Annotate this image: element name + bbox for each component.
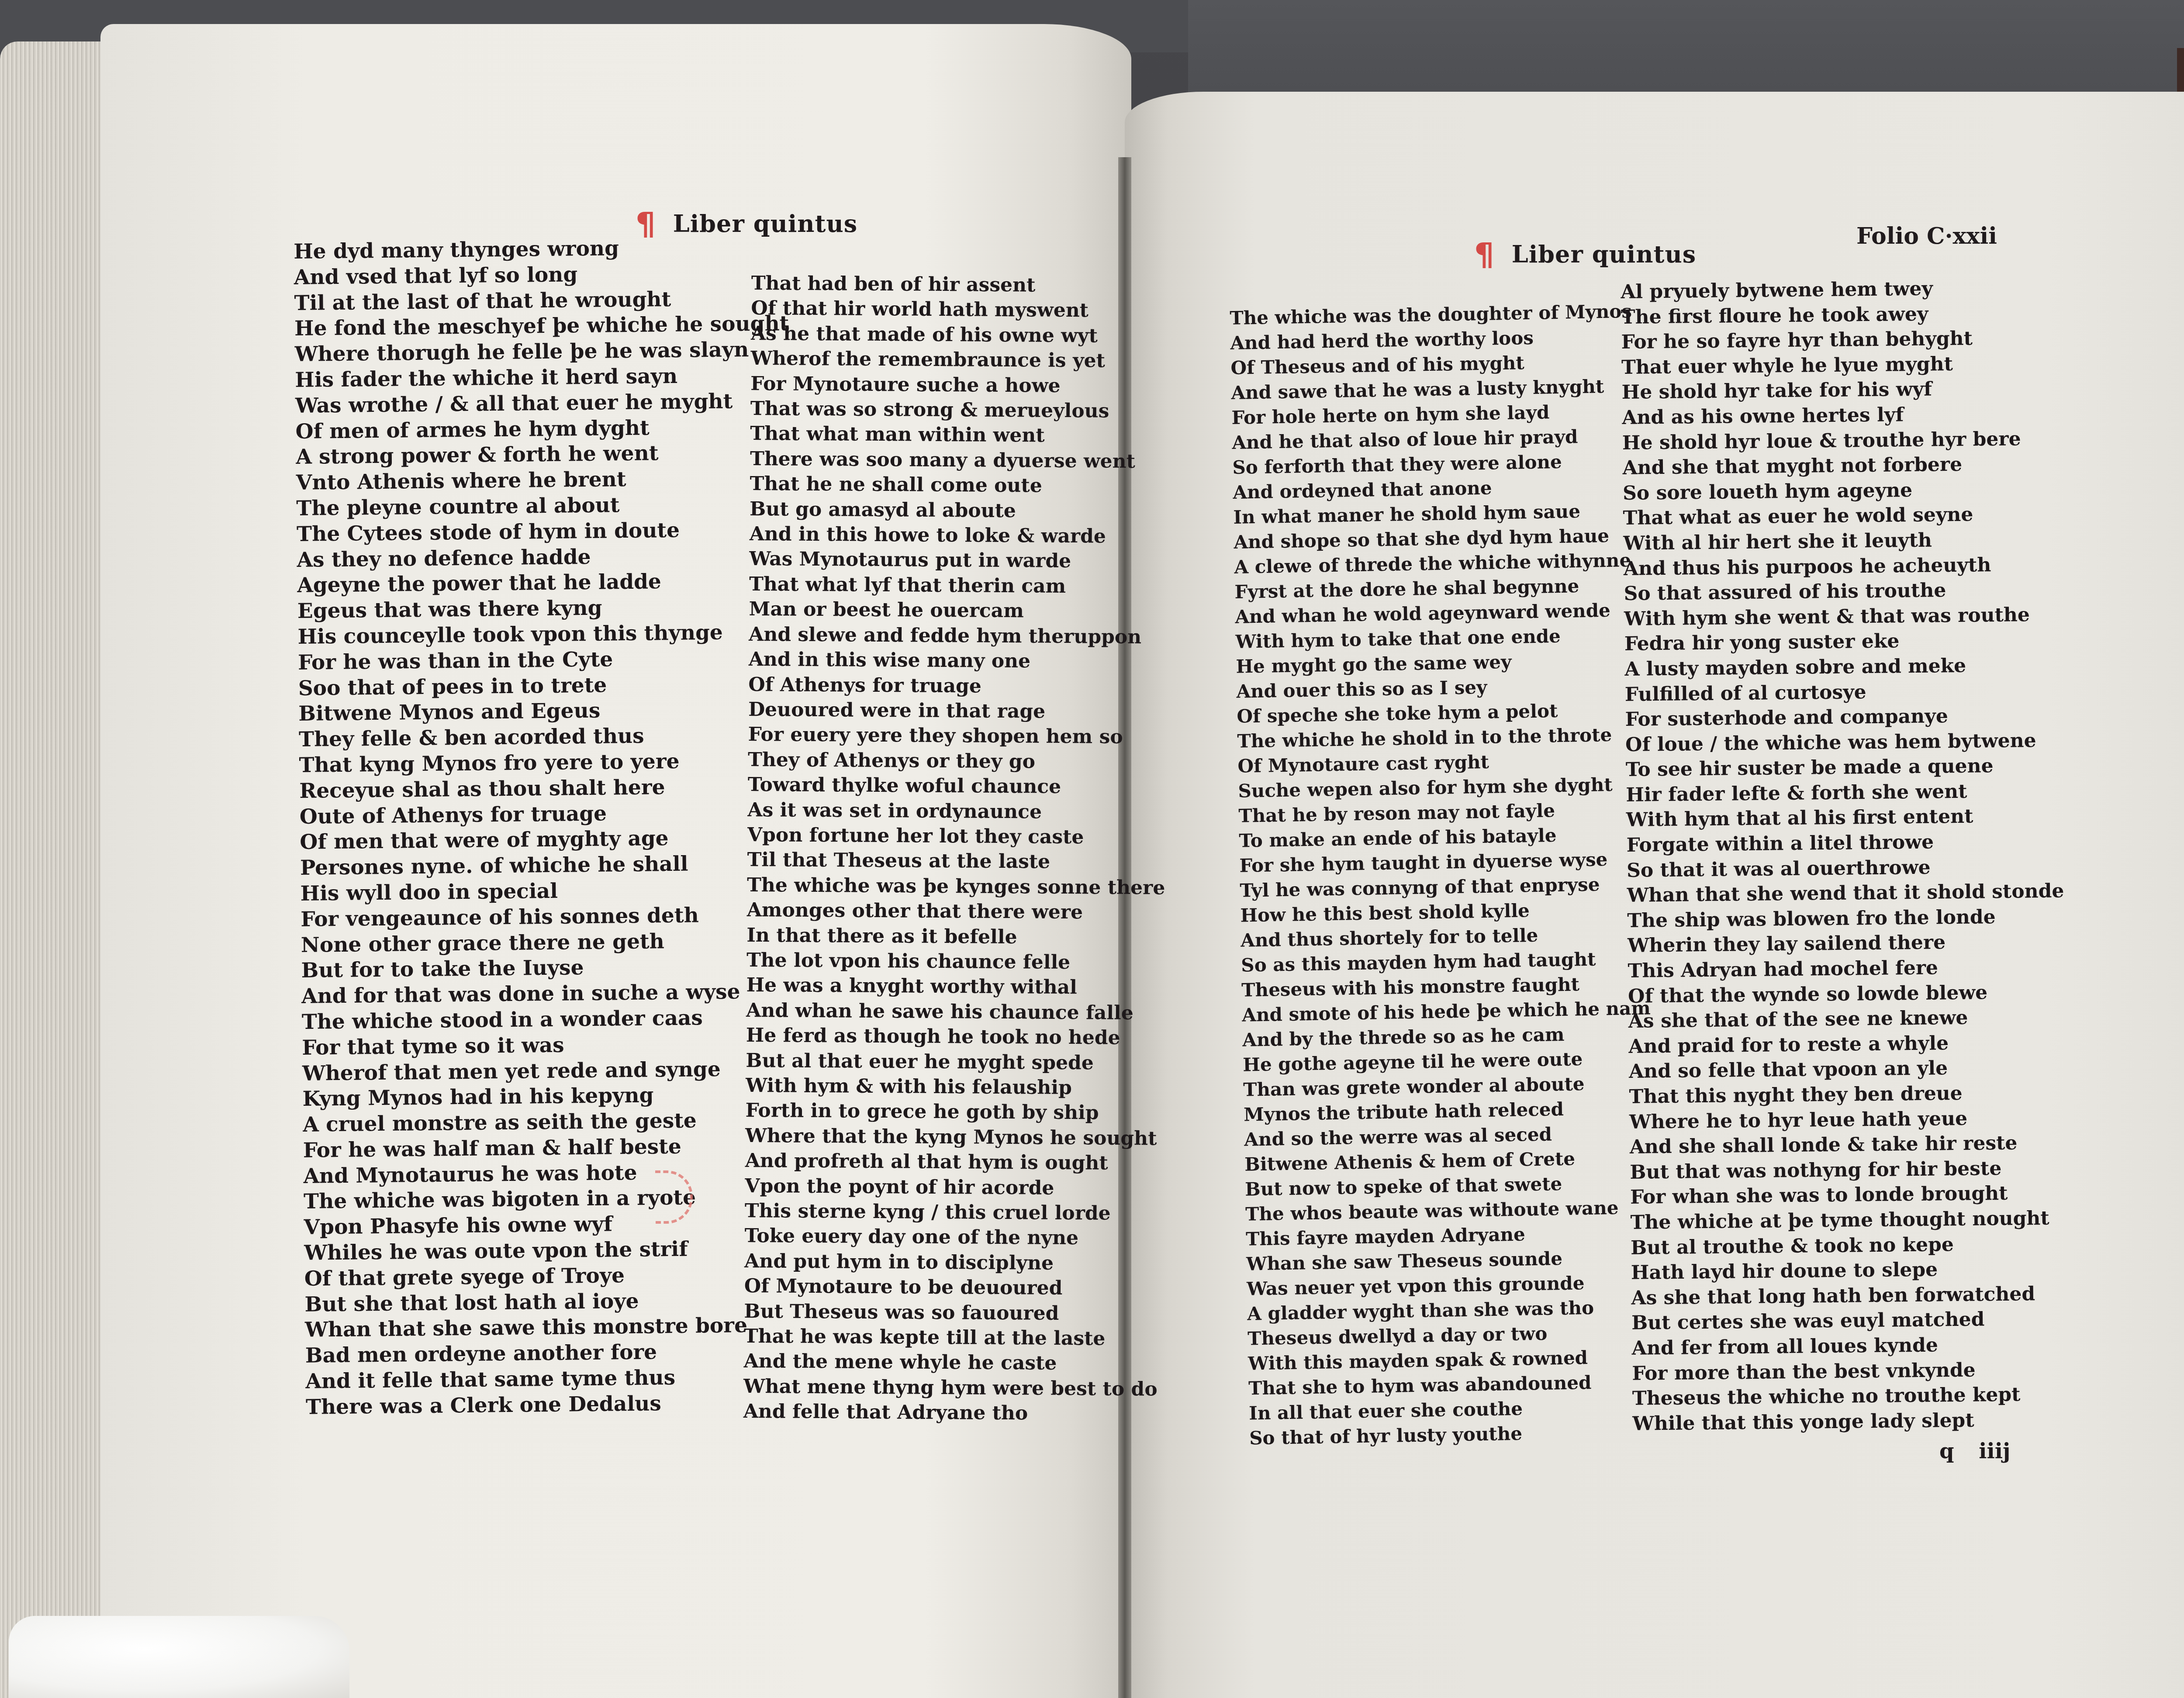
verse-line: And fer from all loues kynde [1631,1331,2069,1361]
verse-line: Deuoured were in that rage [748,697,1166,725]
verse-line: Whan that she wend that it shold stonde [1627,879,2064,908]
verse-line: For more than the best vnkynde [1632,1356,2069,1386]
verse-line: With hym she went & that was routhe [1624,602,2061,632]
verse-line: His counceylle took vpon this thynge [297,619,792,650]
verse-line: The lot vpon his chaunce felle [746,948,1165,976]
verse-line: The whiche at þe tyme thought nought [1630,1205,2067,1235]
verse-line: In that there as it befelle [746,923,1165,951]
running-head-title: Liber quintus [1512,240,1696,268]
verse-line: As she that of the see ne knewe [1628,1004,2065,1034]
verse-line: Fedra hir yong suster eke [1624,627,2061,657]
verse-line: Theseus the whiche no trouthe kept [1632,1382,2070,1412]
verse-line: And thus his purpoos he acheuyth [1624,552,2061,581]
verse-line: This sterne kyng / this cruel lorde [745,1198,1163,1226]
verse-line: Where thorugh he felle þe he was slayn [294,337,789,368]
verse-line: That he ne shall come oute [750,471,1168,499]
verse-line: What mene thyng hym were best to do [743,1374,1161,1402]
verse-line: Of that hir world hath myswent [751,296,1169,324]
verse-line: And as his owne hertes lyf [1622,400,2059,430]
verse-line: Vpon the poynt of hir acorde [745,1173,1163,1201]
verse-line: But certes she was euyl matched [1631,1306,2069,1336]
verse-line: Man or beest he ouercam [749,597,1167,625]
verse-line: That what lyf that therin cam [749,572,1167,600]
right-running-head: ¶ Liber quintus [1474,236,1696,273]
verse-line: Wherof the remembraunce is yet [750,346,1168,374]
verse-line: Forth in to grece he goth by ship [745,1098,1163,1126]
right-page-column-1: The whiche was the doughter of Mynos And… [1230,299,1658,1451]
verse-line: Where that the kyng Mynos he sought [745,1123,1163,1151]
signature-mark: q iiij [1939,1439,2010,1463]
verse-line: With al hir hert she it leuyth [1623,526,2060,556]
verse-line: And she shall londe & take hir reste [1630,1130,2067,1160]
verse-line: Hir fader lefte & forth she went [1626,778,2063,808]
pilcrow-icon: ¶ [1474,236,1494,273]
verse-line: For euery yere they shopen hem so [748,722,1166,750]
verse-line: They of Athenys or they go [748,747,1166,775]
verse-line: And felle that Adryane tho [743,1399,1161,1427]
left-page-column-1: He dyd many thynges wrong And vsed that … [294,234,801,1420]
verse-line: But that was nothyng for hir beste [1630,1155,2067,1185]
left-page-column-2: That had ben of hir assent Of that hir w… [743,271,1169,1427]
verse-line: And in this howe to loke & warde [750,521,1168,549]
verse-line: So that it was al ouerthrowe [1627,853,2064,883]
right-page-column-2: Al pryuely bytwene hem twey The first fl… [1621,275,2070,1437]
verse-line: Fulfilled of al curtosye [1625,677,2062,707]
verse-line: And the mene whyle he caste [743,1349,1161,1377]
verse-line: As she that long hath ben forwatched [1631,1281,2068,1311]
verse-line: Of that the wynde so lowde blewe [1628,979,2065,1009]
verse-line: Forgate within a litel throwe [1626,828,2063,858]
verse-line: Wherin they lay sailend there [1628,929,2065,959]
verse-line: That was so strong & merueylous [750,396,1168,424]
running-head-title: Liber quintus [673,210,857,238]
verse-line: But al that euer he myght spede [746,1048,1164,1076]
verse-line: Amonges other that there were [747,897,1165,925]
verse-line: The first floure he took awey [1621,300,2058,330]
verse-line: And whan he sawe his chaunce falle [746,998,1164,1026]
verse-line: And she that myght not forbere [1622,451,2060,481]
verse-line: That what as euer he wold seyne [1623,501,2060,531]
verse-line: While that this yonge lady slept [1632,1407,2070,1436]
verse-line: He shold hyr loue & trouthe hyr bere [1622,426,2060,456]
verse-line: There was a Clerk one Dedalus [306,1390,801,1421]
verse-line: For whan she was to londe brought [1630,1180,2067,1210]
book-support-cushion [9,1616,349,1698]
verse-line: To see hir suster be made a quene [1625,753,2063,783]
verse-line: Of Athenys for truage [748,672,1166,700]
verse-line: And praid for to reste a whyle [1628,1029,2066,1059]
verse-line: For susterhode and companye [1625,703,2062,732]
verse-line: Whan that she sawe this monstre bore [305,1312,800,1343]
verse-line: Hath layd hir doune to slepe [1631,1256,2068,1286]
verse-line: But Theseus was so fauoured [744,1299,1162,1327]
verse-line: He shold hyr take for his wyf [1621,376,2059,405]
verse-line: That he was kepte till at the laste [744,1324,1162,1352]
verse-line: There was soo many a dyuerse went [750,446,1168,474]
verse-line: Toward thylke woful chaunce [748,772,1166,800]
verse-line: And profreth al that hym is ought [745,1148,1163,1176]
verse-line: And for that was done in suche a wyse [301,979,796,1010]
verse-line: And in this wise many one [749,647,1167,675]
verse-line: So sore loueth hym ageyne [1623,476,2060,506]
verse-line: Toke euery day one of the nyne [744,1223,1162,1251]
verse-line: As he that made of his owne wyt [751,321,1169,349]
verse-line: And put hym in to disciplyne [744,1249,1162,1277]
verse-line: Was Mynotaurus put in warde [749,546,1167,574]
verse-line: That what man within went [750,421,1168,449]
verse-line: For Mynotaure suche a howe [750,371,1168,399]
verse-line: Was wrothe / & all that euer he myght [295,388,790,419]
verse-line: The ship was blowen fro the londe [1627,904,2064,933]
verse-line: That had ben of hir assent [751,271,1169,299]
verse-line: Of Mynotaure to be deuoured [744,1273,1162,1301]
verse-line: Where he to hyr leue hath yeue [1629,1105,2067,1135]
verse-line: And so felle that vpoon an yle [1629,1055,2066,1084]
verse-line: Of loue / the whiche was hem bytwene [1625,728,2063,757]
verse-line: With hym that al his first entent [1626,803,2063,833]
verse-line: He was a knyght worthy withal [746,973,1164,1001]
verse-line: This Adryan had mochel fere [1628,954,2065,984]
verse-line: As it was set in ordynaunce [747,797,1165,825]
folio-number: Folio C·xxii [1856,223,1997,249]
verse-line: For he so fayre hyr than behyght [1621,325,2058,355]
verse-line: And slewe and fedde hym theruppon [749,622,1167,650]
verse-line: With hym & with his felauship [746,1073,1164,1101]
verse-line: So that assured of his trouthe [1624,577,2061,607]
verse-line: Al pryuely bytwene hem twey [1621,275,2058,305]
faint-offset-print [406,175,472,192]
verse-line: A lusty mayden sobre and meke [1624,652,2062,682]
verse-line: That this nyght they ben dreue [1629,1080,2066,1109]
verse-line: Til that Theseus at the laste [747,847,1165,875]
verse-line: But go amasyd al aboute [750,497,1168,525]
verse-line: That euer whyle he lyue myght [1621,350,2059,380]
verse-line: Vpon fortune her lot they caste [747,822,1165,850]
verse-line: The whiche was þe kynges sonne there [747,873,1165,901]
verse-line: But al trouthe & took no kepe [1631,1231,2068,1260]
verse-line: He ferd as though he took no hede [746,1023,1164,1051]
